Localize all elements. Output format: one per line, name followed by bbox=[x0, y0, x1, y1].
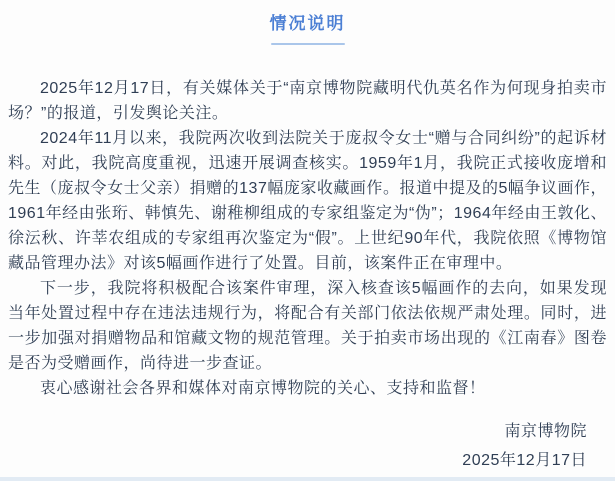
statement-paragraph-4: 衷心感谢社会各界和媒体对南京博物院的关心、支持和监督！ bbox=[8, 376, 607, 401]
statement-paragraph-2: 2024年11月以来，我院两次收到法院关于庞叔令女士“赠与合同纠纷”的起诉材料。… bbox=[8, 126, 607, 276]
statement-document: 情况说明 2025年12月17日，有关媒体关于“南京博物院藏明代仇英名作为何现身… bbox=[0, 0, 615, 475]
statement-paragraph-3: 下一步，我院将积极配合该案件审理，深入核查该5幅画作的去向，如果发现当年处置过程… bbox=[8, 276, 607, 376]
signature-block: 南京博物院 2025年12月17日 bbox=[8, 417, 607, 475]
title-underline bbox=[271, 43, 345, 45]
signature-date: 2025年12月17日 bbox=[8, 446, 587, 475]
statement-body: 2025年12月17日，有关媒体关于“南京博物院藏明代仇英名作为何现身拍卖市场？… bbox=[8, 76, 607, 401]
document-title: 情况说明 bbox=[8, 13, 607, 35]
signature-org: 南京博物院 bbox=[8, 417, 587, 446]
statement-paragraph-1: 2025年12月17日，有关媒体关于“南京博物院藏明代仇英名作为何现身拍卖市场？… bbox=[8, 76, 607, 126]
bottom-strip bbox=[0, 477, 615, 481]
